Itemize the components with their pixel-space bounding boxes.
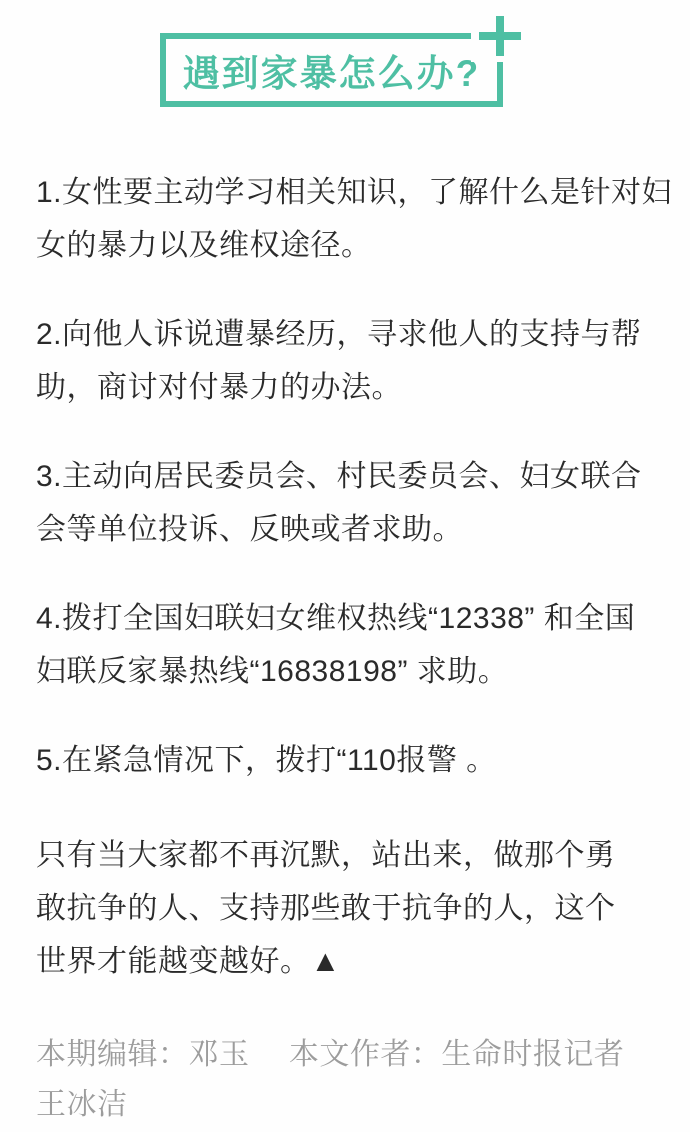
paragraph-2: 2.向他人诉说遭暴经历，寻求他人的支持与帮 助，商讨对付暴力的办法。 xyxy=(36,308,662,414)
text-line: 5.在紧急情况下，拨打“110报警 。 xyxy=(36,734,662,787)
paragraph-4: 4.拨打全国妇联妇女维权热线“12338” 和全国 妇联反家暴热线“168381… xyxy=(36,592,662,698)
text-line: 只有当大家都不再沉默，站出来，做那个勇 xyxy=(36,829,662,882)
text-line: 1.女性要主动学习相关知识，了解什么是针对妇 xyxy=(36,166,662,219)
page-title: 遇到家暴怎么办? xyxy=(183,43,481,97)
text-line: 世界才能越变越好。▲ xyxy=(36,935,662,988)
footer-line: 本期编辑：邓玉 本文作者：生命时报记者 xyxy=(36,1030,662,1080)
plus-icon xyxy=(479,16,521,56)
text-line: 会等单位投诉、反映或者求助。 xyxy=(36,503,662,556)
text-line: 2.向他人诉说遭暴经历，寻求他人的支持与帮 xyxy=(36,308,662,361)
text-line: 敢抗争的人、支持那些敢于抗争的人，这个 xyxy=(36,882,662,935)
text-line: 女的暴力以及维权途径。 xyxy=(36,219,662,272)
title-box: 遇到家暴怎么办? xyxy=(160,33,503,107)
article-body: 1.女性要主动学习相关知识，了解什么是针对妇 女的暴力以及维权途径。 2.向他人… xyxy=(36,166,662,1130)
closing-paragraph: 只有当大家都不再沉默，站出来，做那个勇 敢抗争的人、支持那些敢于抗争的人，这个 … xyxy=(36,829,662,988)
paragraph-1: 1.女性要主动学习相关知识，了解什么是针对妇 女的暴力以及维权途径。 xyxy=(36,166,662,272)
paragraph-3: 3.主动向居民委员会、村民委员会、妇女联合 会等单位投诉、反映或者求助。 xyxy=(36,450,662,556)
footer-line: 王冰洁 xyxy=(36,1080,662,1130)
text-line: 3.主动向居民委员会、村民委员会、妇女联合 xyxy=(36,450,662,503)
text-line: 4.拨打全国妇联妇女维权热线“12338” 和全国 xyxy=(36,592,662,645)
plus-icon-vertical-bar xyxy=(496,16,504,56)
footer-credits: 本期编辑：邓玉 本文作者：生命时报记者 王冰洁 xyxy=(36,1030,662,1130)
text-line: 妇联反家暴热线“16838198” 求助。 xyxy=(36,645,662,698)
text-line: 助，商讨对付暴力的办法。 xyxy=(36,361,662,414)
paragraph-5: 5.在紧急情况下，拨打“110报警 。 xyxy=(36,734,662,787)
